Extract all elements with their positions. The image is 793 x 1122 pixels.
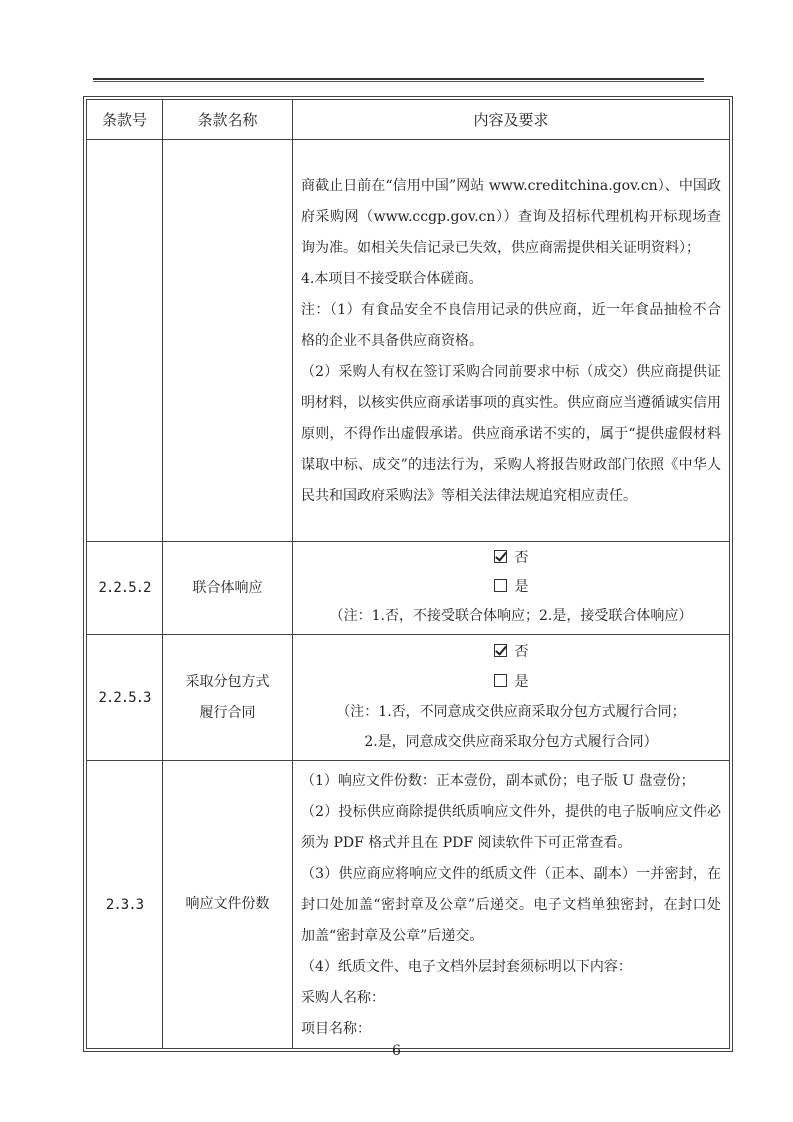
checkbox-empty-icon[interactable] xyxy=(494,674,507,687)
content-paragraph: 4.本项目不接受联合体磋商。 xyxy=(301,264,721,295)
option-yes: 是 xyxy=(301,573,721,602)
page-number: 6 xyxy=(0,1043,793,1059)
clause-number: 2.2.5.2 xyxy=(87,542,163,635)
content-paragraph: （3）供应商应将响应文件的纸质文件（正本、副本）一并密封，在封口处加盖“密封章及… xyxy=(301,859,721,952)
clause-name xyxy=(163,140,293,542)
table-row: 2.2.5.3 采取分包方式 履行合同 否 是 （注：1.否，不同意成交供应商采… xyxy=(87,635,730,761)
clause-content: 否 是 （注：1.否，不同意成交供应商采取分包方式履行合同； 2.是，同意成交供… xyxy=(293,635,730,761)
checkbox-checked-icon[interactable] xyxy=(494,644,507,657)
content-paragraph: 采购人名称： xyxy=(301,983,721,1014)
clause-number: 2.3.3 xyxy=(87,761,163,1049)
checkbox-checked-icon[interactable] xyxy=(494,550,507,563)
clause-name: 联合体响应 xyxy=(163,542,293,635)
content-paragraph: 项目名称： xyxy=(301,1014,721,1045)
clause-name: 响应文件份数 xyxy=(163,761,293,1049)
checkbox-empty-icon[interactable] xyxy=(494,579,507,592)
header-clause-number: 条款号 xyxy=(87,100,163,140)
option-no: 否 xyxy=(301,544,721,573)
table-row: 2.2.5.2 联合体响应 否 是 （注：1.否，不接受联合体响应；2.是，接受… xyxy=(87,542,730,635)
clause-table: 条款号 条款名称 内容及要求 商截止日前在“信用中国”网站 www.credit… xyxy=(86,99,730,1049)
header-clause-name: 条款名称 xyxy=(163,100,293,140)
clause-number xyxy=(87,140,163,542)
option-note: （注：1.否，不接受联合体响应；2.是，接受联合体响应） xyxy=(301,602,721,631)
content-paragraph: （1）响应文件份数：正本壹份，副本贰份；电子版 U 盘壹份； xyxy=(301,766,721,797)
content-paragraph: （2）采购人有权在签订采购合同前要求中标（成交）供应商提供证明材料，以核实供应商… xyxy=(301,357,721,512)
clause-number: 2.2.5.3 xyxy=(87,635,163,761)
content-paragraph: （4）纸质文件、电子文档外层封套须标明以下内容： xyxy=(301,952,721,983)
content-paragraph: 注：（1）有食品安全不良信用记录的供应商，近一年食品抽检不合格的企业不具备供应商… xyxy=(301,295,721,357)
content-paragraph: 商截止日前在“信用中国”网站 www.creditchina.gov.cn）、中… xyxy=(301,171,721,264)
option-note: 2.是，同意成交供应商采取分包方式履行合同） xyxy=(301,727,721,757)
clause-content: 商截止日前在“信用中国”网站 www.creditchina.gov.cn）、中… xyxy=(293,140,730,542)
table-row: 2.3.3 响应文件份数 （1）响应文件份数：正本壹份，副本贰份；电子版 U 盘… xyxy=(87,761,730,1049)
clause-name: 采取分包方式 履行合同 xyxy=(163,635,293,761)
content-paragraph: （2）投标供应商除提供纸质响应文件外，提供的电子版响应文件必须为 PDF 格式并… xyxy=(301,797,721,859)
header-rule xyxy=(93,78,704,82)
header-content: 内容及要求 xyxy=(293,100,730,140)
table-row: 商截止日前在“信用中国”网站 www.creditchina.gov.cn）、中… xyxy=(87,140,730,542)
option-no: 否 xyxy=(301,637,721,667)
option-yes: 是 xyxy=(301,667,721,697)
clause-content: （1）响应文件份数：正本壹份，副本贰份；电子版 U 盘壹份； （2）投标供应商除… xyxy=(293,761,730,1049)
clause-content: 否 是 （注：1.否，不接受联合体响应；2.是，接受联合体响应） xyxy=(293,542,730,635)
option-note: （注：1.否，不同意成交供应商采取分包方式履行合同； xyxy=(301,697,721,727)
table-header-row: 条款号 条款名称 内容及要求 xyxy=(87,100,730,140)
